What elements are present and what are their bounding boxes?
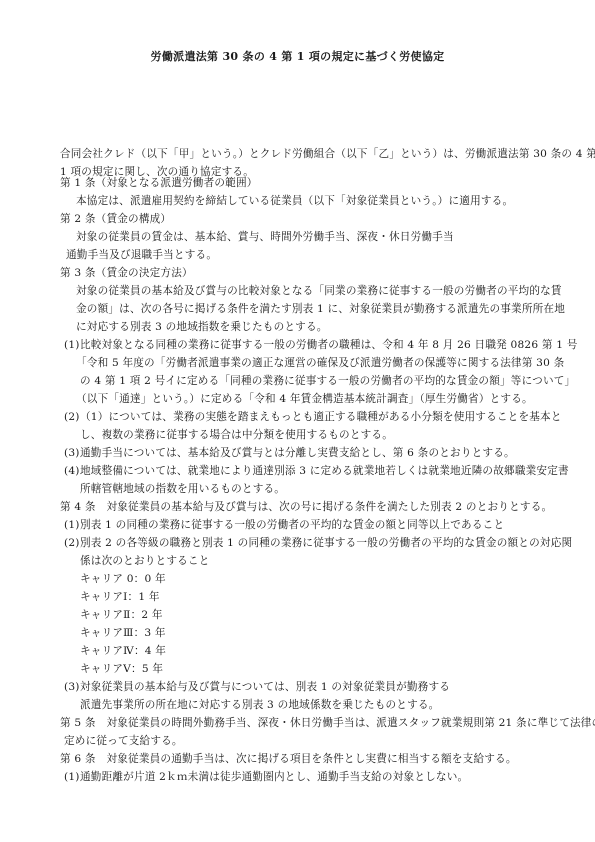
line-a4-i1-1: 別表 1 の同種の業務に従事する一般の労働者の平均的な賃金の額と同等以上であるこ…: [80, 518, 504, 532]
document-title: 労働派遣法第 30 条の 4 第 1 項の規定に基づく労使協定: [0, 48, 595, 64]
line-a3-i3-num: (3): [64, 446, 80, 460]
line-career-5: キャリアⅤ：5 年: [80, 662, 163, 676]
line-a3-i1-1: 比較対象となる同種の業務に従事する一般の労働者の職種は、令和 4 年 8 月 2…: [80, 338, 578, 352]
line-a3-i2-num: (2): [64, 410, 80, 424]
line-career-2: キャリアⅡ：2 年: [80, 608, 163, 622]
line-a5-heading: 第 5 条 対象従業員の時間外勤務手当、深夜・休日労働手当は、派遣スタッフ就業規…: [60, 716, 595, 730]
line-a4-i2-num: (2): [64, 536, 80, 550]
line-a4-i3-2: 派遣先事業所の所在地に対応する別表 3 の地域係数を乗じたものとする。: [80, 698, 439, 712]
line-a2-body-1: 対象の従業員の賃金は、基本給、賞与、時間外労働手当、深夜・休日労働手当: [76, 230, 454, 244]
line-a3-i4-2: 所轄管轄地域の指数を用いるものとする。: [80, 482, 285, 496]
line-a3-i2-1: （1）については、業務の実態を踏まえもっとも適正する職種がある小分類を使用するこ…: [80, 410, 562, 424]
line-a3-i1-num: (1): [64, 338, 80, 352]
line-career-0: キャリア 0：0 年: [80, 572, 166, 586]
line-a3-body-3: に対応する別表 3 の地域指数を乗じたものとする。: [76, 320, 328, 334]
line-a4-i2-1: 別表 2 の各等級の職務と別表 1 の同種の業務に従事する一般の労働者の平均的な…: [80, 536, 572, 550]
line-a3-i4-1: 地域整備については、就業地により通達別添 3 に定める就業地若しくは就業地近隣の…: [80, 464, 569, 478]
line-career-4: キャリアⅣ：4 年: [80, 644, 166, 658]
line-a3-i1-3: の 4 第 1 項 2 号イに定める「同種の業務に従事する一般の労働者の平均的な…: [80, 374, 575, 388]
line-a4-i2-2: 係は次のとおりとすること: [80, 554, 210, 568]
line-a3-i3-1: 通勤手当については、基本給及び賞与とは分離し実費支給とし、第 6 条のとおりとす…: [80, 446, 515, 460]
line-a1-heading: 第 1 条（対象となる派遣労働者の範囲）: [60, 176, 258, 190]
line-a4-i3-num: (3): [64, 680, 80, 694]
line-a3-body-2: 金の額」は、次の各号に掲げる条件を満たす別表 1 に、対象従業員が勤務する派遣先…: [76, 302, 565, 316]
line-a3-i2-2: し、複数の業務に従事する場合は中分類を使用するものとする。: [80, 428, 393, 442]
line-a3-heading: 第 3 条（賃金の決定方法）: [60, 266, 193, 280]
document-page: 労働派遣法第 30 条の 4 第 1 項の規定に基づく労使協定 合同会社クレド（…: [0, 0, 595, 842]
line-a3-i1-2: 「令和 5 年度の「労働者派遣事業の適正な運営の確保及び派遣労働者の保護等に関す…: [76, 356, 564, 370]
line-career-3: キャリアⅢ：3 年: [80, 626, 166, 640]
line-a6-heading: 第 6 条 対象従業員の通勤手当は、次に掲げる項目を条件とし実費に相当する額を支…: [60, 752, 517, 766]
line-a5-body-2: 定めに従って支給する。: [64, 734, 183, 748]
line-a1-body: 本協定は、派遣雇用契約を締結している従業員（以下「対象従業員という。）に適用する…: [76, 194, 513, 208]
line-a4-i3-1: 対象従業員の基本給与及び賞与については、別表 1 の対象従業員が勤務する: [80, 680, 450, 694]
line-a4-heading: 第 4 条 対象従業員の基本給与及び賞与は、次の号に掲げる条件を満たした別表 2…: [60, 500, 552, 514]
intro-line-1: 合同会社クレド（以下「甲」という。）とクレド労働組合（以下「乙」という）は、労働…: [60, 147, 595, 161]
line-a3-i1-4: （以下「通達」という。）に定める「令和 4 年賃金構造基本統計調査」（厚生労働省…: [76, 392, 533, 406]
line-career-1: キャリアⅠ：1 年: [80, 590, 160, 604]
line-a2-body-2: 通勤手当及び退職手当とする。: [66, 248, 217, 262]
line-a2-heading: 第 2 条（賃金の構成）: [60, 212, 171, 226]
line-a6-i1-1: 通勤距離が片道 2ｋｍ未満は徒歩通勤圏内とし、通勤手当支給の対象としない。: [80, 770, 468, 784]
line-a4-i1-num: (1): [64, 518, 80, 532]
line-a3-i4-num: (4): [64, 464, 80, 478]
line-a6-i1-num: (1): [64, 770, 80, 784]
line-a3-body-1: 対象の従業員の基本給及び賞与の比較対象となる「同業の業務に従事する一般の労働者の…: [76, 284, 562, 298]
